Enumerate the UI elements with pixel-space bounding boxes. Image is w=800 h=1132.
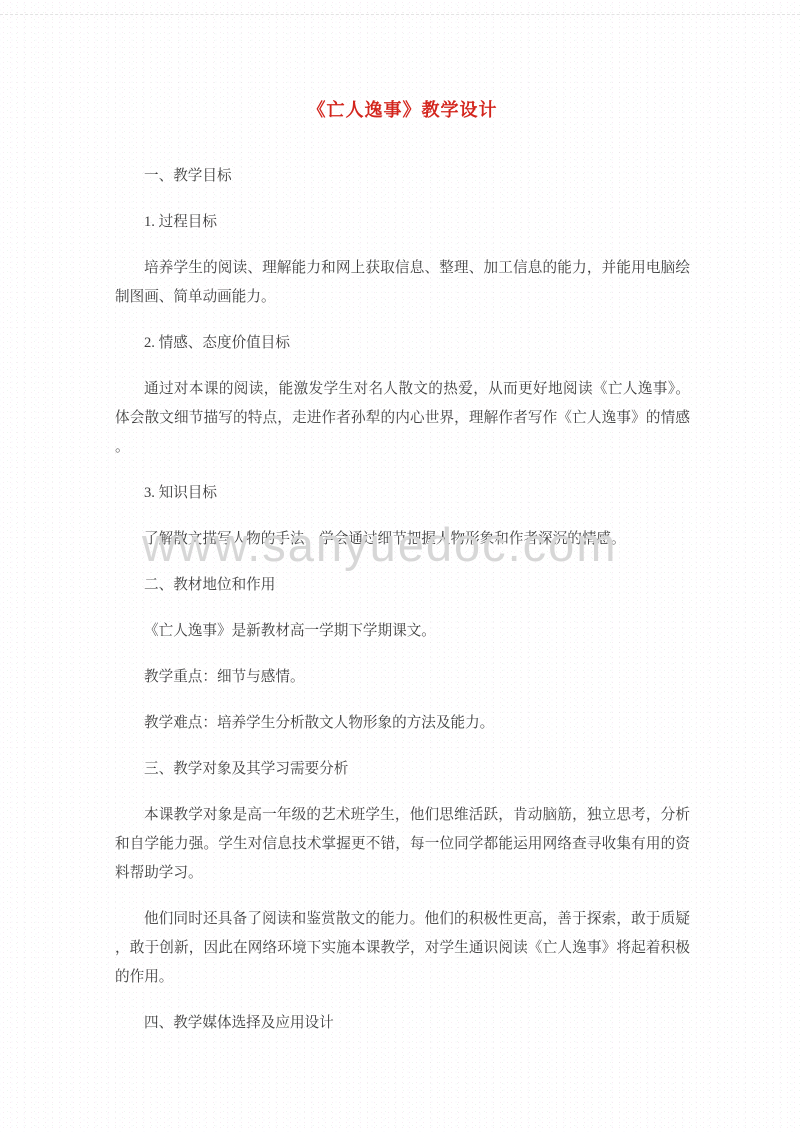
- teaching-difficulty-paragraph: 教学难点：培养学生分析散文人物形象的方法及能力。: [115, 709, 690, 738]
- text-line: 2. 情感、态度价值目标: [115, 329, 690, 358]
- text-line: 《亡人逸事》是新教材高一学期下学期课文。: [115, 617, 690, 646]
- text-line: 本课教学对象是高一年级的艺术班学生，他们思维活跃，肯动脑筋，独立思考，分析: [115, 801, 690, 830]
- goal-3-paragraph: 了解散文描写人物的手法，学会通过细节把握人物形象和作者深沉的情感。: [115, 525, 690, 554]
- text-line: 教学重点：细节与感情。: [115, 663, 690, 692]
- text-line: 和自学能力强。学生对信息技术掌握更不错，每一位同学都能运用网络查寻收集有用的资: [115, 830, 690, 859]
- text-line: 四、教学媒体选择及应用设计: [115, 1009, 690, 1038]
- goal-2-subheading: 2. 情感、态度价值目标: [115, 329, 690, 358]
- document-body: 一、教学目标1. 过程目标培养学生的阅读、理解能力和网上获取信息、整理、加工信息…: [115, 162, 690, 1038]
- text-line: 教学难点：培养学生分析散文人物形象的方法及能力。: [115, 709, 690, 738]
- goal-3-subheading: 3. 知识目标: [115, 479, 690, 508]
- section-1-heading: 一、教学目标: [115, 162, 690, 191]
- text-line: 3. 知识目标: [115, 479, 690, 508]
- goal-1-subheading: 1. 过程目标: [115, 208, 690, 237]
- text-line: 了解散文描写人物的手法，学会通过细节把握人物形象和作者深沉的情感。: [115, 525, 690, 554]
- text-line: 1. 过程目标: [115, 208, 690, 237]
- document-page: 《亡人逸事》教学设计 一、教学目标1. 过程目标培养学生的阅读、理解能力和网上获…: [0, 0, 800, 1132]
- text-line: 通过对本课的阅读，能激发学生对名人散文的热爱，从而更好地阅读《亡人逸事》。: [115, 375, 690, 404]
- students-analysis-paragraph-1: 本课教学对象是高一年级的艺术班学生，他们思维活跃，肯动脑筋，独立思考，分析和自学…: [115, 801, 690, 888]
- goal-2-paragraph: 通过对本课的阅读，能激发学生对名人散文的热爱，从而更好地阅读《亡人逸事》。体会散…: [115, 375, 690, 462]
- section-3-heading: 三、教学对象及其学习需要分析: [115, 755, 690, 784]
- goal-1-paragraph: 培养学生的阅读、理解能力和网上获取信息、整理、加工信息的能力，并能用电脑绘制图画…: [115, 254, 690, 312]
- text-line: 的作用。: [115, 963, 690, 992]
- students-analysis-paragraph-2: 他们同时还具备了阅读和鉴赏散文的能力。他们的积极性更高，善于探索，敢于质疑，敢于…: [115, 905, 690, 992]
- text-line: ，敢于创新，因此在网络环境下实施本课教学，对学生通识阅读《亡人逸事》将起着积极: [115, 934, 690, 963]
- teaching-focus-paragraph: 教学重点：细节与感情。: [115, 663, 690, 692]
- text-line: 他们同时还具备了阅读和鉴赏散文的能力。他们的积极性更高，善于探索，敢于质疑: [115, 905, 690, 934]
- page-title: 《亡人逸事》教学设计: [115, 97, 690, 123]
- text-line: 三、教学对象及其学习需要分析: [115, 755, 690, 784]
- text-line: 制图画、简单动画能力。: [115, 283, 690, 312]
- section-2-heading: 二、教材地位和作用: [115, 571, 690, 600]
- text-line: 二、教材地位和作用: [115, 571, 690, 600]
- section-4-heading: 四、教学媒体选择及应用设计: [115, 1009, 690, 1038]
- text-line: 料帮助学习。: [115, 859, 690, 888]
- text-line: 培养学生的阅读、理解能力和网上获取信息、整理、加工信息的能力，并能用电脑绘: [115, 254, 690, 283]
- text-line: 一、教学目标: [115, 162, 690, 191]
- material-status-paragraph: 《亡人逸事》是新教材高一学期下学期课文。: [115, 617, 690, 646]
- text-line: 体会散文细节描写的特点，走进作者孙犁的内心世界，理解作者写作《亡人逸事》的情感: [115, 404, 690, 433]
- text-line: 。: [115, 433, 690, 462]
